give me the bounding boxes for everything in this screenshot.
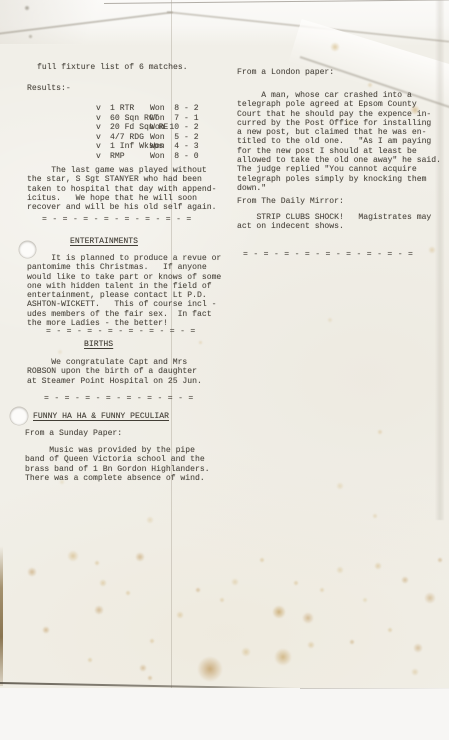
versus-marker: v xyxy=(96,104,101,113)
funny-heading: FUNNY HA HA & FUNNY PECULIAR xyxy=(33,412,169,421)
opponent-name: 4/7 RDG xyxy=(110,133,144,142)
punch-hole xyxy=(10,407,28,425)
match-result: Won 10 - 2 xyxy=(150,123,199,132)
section-divider: = - = - = - = - = - = - = - = xyxy=(44,394,194,403)
match-result: Won 7 - 1 xyxy=(150,114,199,123)
sunday-paper-paragraph: Music was provided by the pipe band of Q… xyxy=(25,446,233,483)
table-row: v 1 RTR Won 8 - 2 xyxy=(0,104,230,114)
opponent-name: RMP xyxy=(110,152,125,161)
daily-mirror-label: From The Daily Mirror: xyxy=(237,197,344,206)
table-row: v 4/7 RDG Won 5 - 2 xyxy=(0,133,230,143)
births-heading: BIRTHS xyxy=(84,340,113,349)
table-row: v 20 Fd Sqn RE Won 10 - 2 xyxy=(0,123,230,133)
match-result: Won 8 - 2 xyxy=(150,104,199,113)
table-row: v 60 Sqn RCT Won 7 - 1 xyxy=(0,114,230,124)
section-divider: = - = - = - = - = - = - = - = - = xyxy=(243,250,413,259)
versus-marker: v xyxy=(96,152,101,161)
table-row: v RMP Won 8 - 0 xyxy=(0,152,230,162)
london-paper-label: From a London paper: xyxy=(237,68,334,77)
sunday-paper-label: From a Sunday Paper: xyxy=(25,429,122,438)
stanyer-paragraph: The last game was played without the sta… xyxy=(27,166,235,212)
section-divider: = - = - = - = - = - = - = - = xyxy=(42,215,192,224)
versus-marker: v xyxy=(96,123,101,132)
bottom-paper-edge-faint xyxy=(300,688,449,689)
match-result: Won 4 - 3 xyxy=(150,142,199,151)
entertainments-paragraph: It is planned to produce a revue or pant… xyxy=(27,254,235,328)
match-result: Won 5 - 2 xyxy=(150,133,199,142)
entertainments-heading: ENTERTAINMENTS xyxy=(70,237,138,246)
opponent-name: 1 RTR xyxy=(110,104,134,113)
fixture-note: full fixture list of 6 matches. xyxy=(37,63,245,72)
results-label: Results:- xyxy=(27,84,147,93)
versus-marker: v xyxy=(96,133,101,142)
scan-background: { "page": { "left": { "intro": "full fix… xyxy=(0,0,449,740)
section-divider: = - = - = - = - = - = - = - = xyxy=(46,327,196,336)
table-row: v 1 Inf Wksps Won 4 - 3 xyxy=(0,142,230,152)
match-result: Won 8 - 0 xyxy=(150,152,199,161)
versus-marker: v xyxy=(96,114,101,123)
versus-marker: v xyxy=(96,142,101,151)
daily-mirror-paragraph: STRIP CLUBS SHOCK! Magistrates may act o… xyxy=(237,213,449,232)
london-paper-paragraph: A man, whose car crashed into a telegrap… xyxy=(237,91,449,193)
births-paragraph: We congratulate Capt and Mrs ROBSON upon… xyxy=(27,358,235,386)
paper: full fixture list of 6 matches. Results:… xyxy=(0,0,449,688)
